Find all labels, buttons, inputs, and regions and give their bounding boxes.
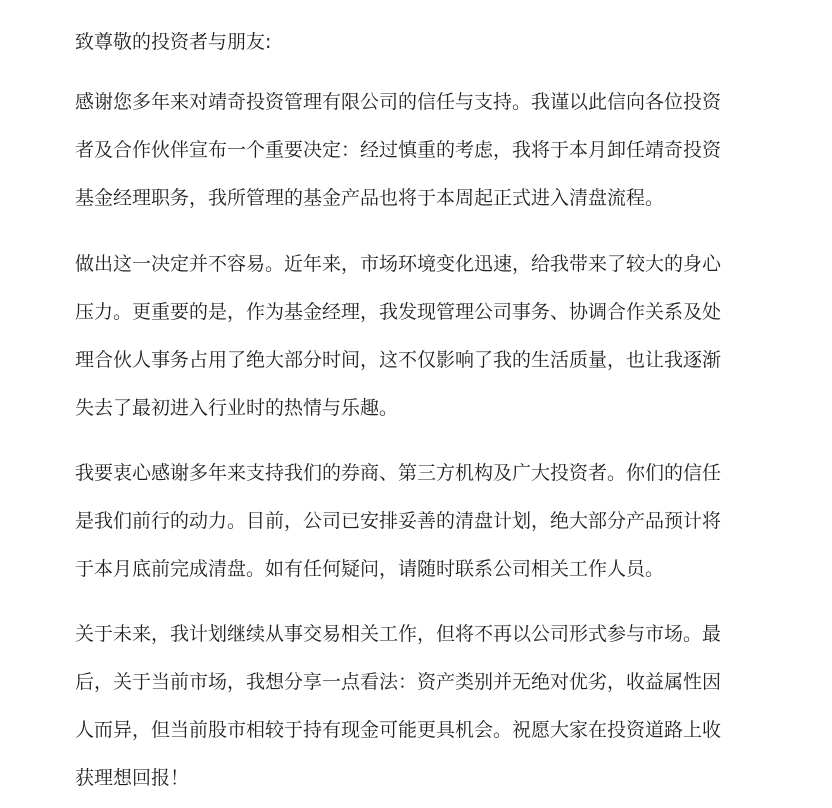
paragraph-line: 压力。更重要的是，作为基金经理，我发现管理公司事务、协调合作关系及处: [75, 300, 721, 324]
letter-greeting: 致尊敬的投资者与朋友:: [75, 30, 271, 54]
paragraph-line: 获理想回报！: [75, 766, 189, 790]
paragraph-line: 关于未来，我计划继续从事交易相关工作，但将不再以公司形式参与市场。最: [75, 622, 721, 646]
paragraph-line: 做出这一决定并不容易。近年来，市场环境变化迅速，给我带来了较大的身心: [75, 252, 721, 276]
paragraph-line: 后，关于当前市场，我想分享一点看法：资产类别并无绝对优劣，收益属性因: [75, 670, 721, 694]
paragraph-line: 于本月底前完成清盘。如有任何疑问，请随时联系公司相关工作人员。: [75, 557, 664, 581]
paragraph-line: 人而异，但当前股市相较于持有现金可能更具机会。祝愿大家在投资道路上收: [75, 718, 721, 742]
paragraph-line: 理合伙人事务占用了绝大部分时间，这不仅影响了我的生活质量，也让我逐渐: [75, 348, 721, 372]
paragraph-line: 者及合作伙伴宣布一个重要决定：经过慎重的考虑，我将于本月卸任靖奇投资: [75, 138, 721, 162]
paragraph-line: 失去了最初进入行业时的热情与乐趣。: [75, 396, 398, 420]
paragraph-line: 基金经理职务，我所管理的基金产品也将于本周起正式进入清盘流程。: [75, 186, 664, 210]
paragraph-line: 感谢您多年来对靖奇投资管理有限公司的信任与支持。我谨以此信向各位投资: [75, 90, 721, 114]
paragraph-line: 我要衷心感谢多年来支持我们的券商、第三方机构及广大投资者。你们的信任: [75, 461, 721, 485]
paragraph-line: 是我们前行的动力。目前，公司已安排妥善的清盘计划，绝大部分产品预计将: [75, 509, 721, 533]
